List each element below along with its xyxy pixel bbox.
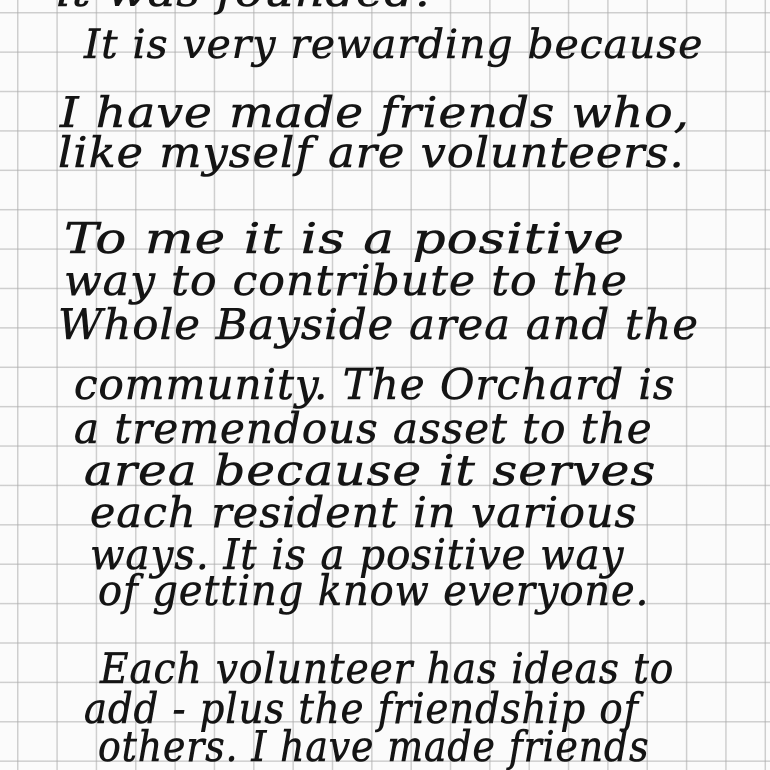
handwritten-line: way to contribute to the bbox=[64, 256, 628, 305]
handwritten-line: others. I have made friends bbox=[98, 722, 649, 770]
handwritten-line: of getting know everyone. bbox=[98, 566, 649, 615]
handwritten-line: like myself are volunteers. bbox=[58, 128, 685, 177]
handwritten-line: Whole Bayside area and the bbox=[58, 300, 699, 349]
handwritten-line: community. The Orchard is bbox=[74, 360, 675, 409]
grid-paper-page: it was founded. It is very rewarding bec… bbox=[0, 0, 770, 770]
handwritten-line: It is very rewarding because bbox=[84, 22, 703, 68]
handwritten-line: it was founded. bbox=[56, 0, 355, 16]
